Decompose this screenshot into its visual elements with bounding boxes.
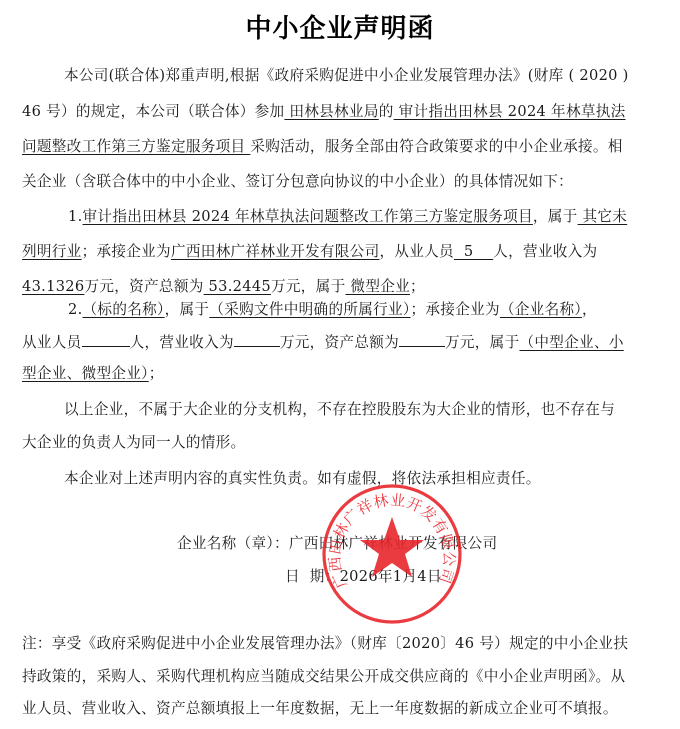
label: ； (149, 365, 164, 382)
item1-employees: 5 (454, 243, 493, 260)
item1-revenue: 43.1326 (22, 278, 84, 295)
document-title: 中小企业声明函 (0, 8, 680, 45)
item1-enterprise-type: 微型企业 (345, 278, 410, 295)
intro-text: 46 号）的规定，本公司（联合体）参加 (22, 103, 284, 120)
label: 万元，属于 (271, 278, 345, 295)
item1-line-1: 1.审计指出田林县 2024 年林草执法问题整改工作第三方鉴定服务项目，属于 其… (22, 207, 664, 227)
label: 万元，属于 (445, 334, 519, 351)
item2-revenue-blank (234, 332, 280, 347)
label: ，属于 (165, 301, 210, 318)
intro-line-2: 46 号）的规定，本公司（联合体）参加 田林县林业局的 审计指出田林县 2024… (22, 102, 662, 122)
date-value: 2026年1月4日 (340, 568, 442, 585)
label: 人，营业收入为 (493, 243, 597, 260)
project-name: 审计指出田林县 2024 年林草执法 (394, 103, 626, 120)
item2-line-1: 2.（标的名称），属于（采购文件中明确的所属行业）；承接企业为（企业名称）， (22, 300, 664, 320)
label: 人，营业收入为 (130, 334, 234, 351)
item2-line-2: 从业人员人，营业收入为万元，资产总额为万元，属于（中型企业、小 (22, 332, 662, 353)
label: 万元，资产总额为 (84, 278, 203, 295)
item2-line-3: 型企业、微型企业）； (22, 364, 662, 384)
date-label: 日 期： (285, 568, 340, 585)
note-line-1: 注：享受《政府采购促进中小企业发展管理办法》（财库〔2020〕46 号）规定的中… (22, 634, 662, 654)
item2-assets-blank (399, 332, 445, 347)
declaration-line-1: 以上企业，不属于大企业的分支机构，不存在控股股东为大企业的情形，也不存在与 (22, 400, 664, 420)
project-name-cont: 问题整改工作第三方鉴定服务项目 (22, 138, 250, 155)
intro-line-4: 关企业（含联合体中的中小企业、签订分包意向协议的中小企业）的具体情况如下： (22, 172, 662, 192)
item1-number: 1. (68, 208, 83, 225)
item1-assets: 53.2445 (204, 278, 271, 295)
item2-enterprise-type: （中型企业、小 (519, 334, 623, 351)
label: ；承接企业为 (411, 301, 500, 318)
item2-contractor: （企业名称） (500, 301, 582, 318)
note-line-2: 持政策的，采购人、采购代理机构应当随成交结果公开成交供应商的《中小企业声明函》。… (22, 667, 662, 687)
item2-employees-blank (82, 332, 130, 347)
item1-line-3: 43.1326万元，资产总额为 53.2445万元，属于 微型企业； (22, 277, 662, 297)
intro-text: 的 (379, 103, 394, 120)
item1-industry: 其它未 (578, 208, 628, 225)
item2-project-name: （标的名称） (83, 301, 165, 318)
declaration-line-2: 大企业的负责人为同一人的情形。 (22, 433, 662, 453)
item1-contractor: 广西田林广祥林业开发有限公司 (171, 243, 380, 260)
intro-text: 采购活动，服务全部由符合政策要求的中小企业承接。相 (250, 138, 622, 155)
note-line-3: 业人员、营业收入、资产总额填报上一年度数据，无上一年度数据的新成立企业可不填报。 (22, 699, 662, 719)
signature-date: 日 期：2026年1月4日 (285, 567, 585, 587)
label: ，属于 (533, 208, 578, 225)
item2-number: 2. (68, 301, 83, 318)
item1-industry-cont: 列明行业 (22, 243, 82, 260)
company-seal-stamp: 广西田林广祥林业开发有限公司 (321, 483, 463, 625)
label: 从业人员 (22, 334, 82, 351)
company-name: 广西田林广祥林业开发有限公司 (289, 535, 498, 552)
label: ； (410, 278, 425, 295)
label: ，从业人员 (379, 243, 453, 260)
purchaser-name: 田林县林业局 (284, 103, 378, 120)
label: 万元，资产总额为 (280, 334, 399, 351)
declaration-line-3: 本企业对上述声明内容的真实性负责。如有虚假，将依法承担相应责任。 (22, 469, 664, 489)
label: ；承接企业为 (82, 243, 171, 260)
item1-line-2: 列明行业；承接企业为广西田林广祥林业开发有限公司，从业人员 5 人，营业收入为 (22, 242, 662, 262)
intro-line-1: 本公司(联合体)郑重声明,根据《政府采购促进中小企业发展管理办法》(财库 ( 2… (22, 66, 664, 86)
item1-project-name: 审计指出田林县 2024 年林草执法问题整改工作第三方鉴定服务项目 (83, 208, 533, 225)
item2-enterprise-type-cont: 型企业、微型企业） (22, 365, 149, 382)
label: ， (582, 301, 597, 318)
item2-industry: （采购文件中明确的所属行业） (209, 301, 410, 318)
intro-line-3: 问题整改工作第三方鉴定服务项目 采购活动，服务全部由符合政策要求的中小企业承接。… (22, 137, 662, 157)
signature-company: 企业名称（章）：广西田林广祥林业开发有限公司 (177, 534, 657, 554)
company-label: 企业名称（章）： (177, 535, 289, 552)
